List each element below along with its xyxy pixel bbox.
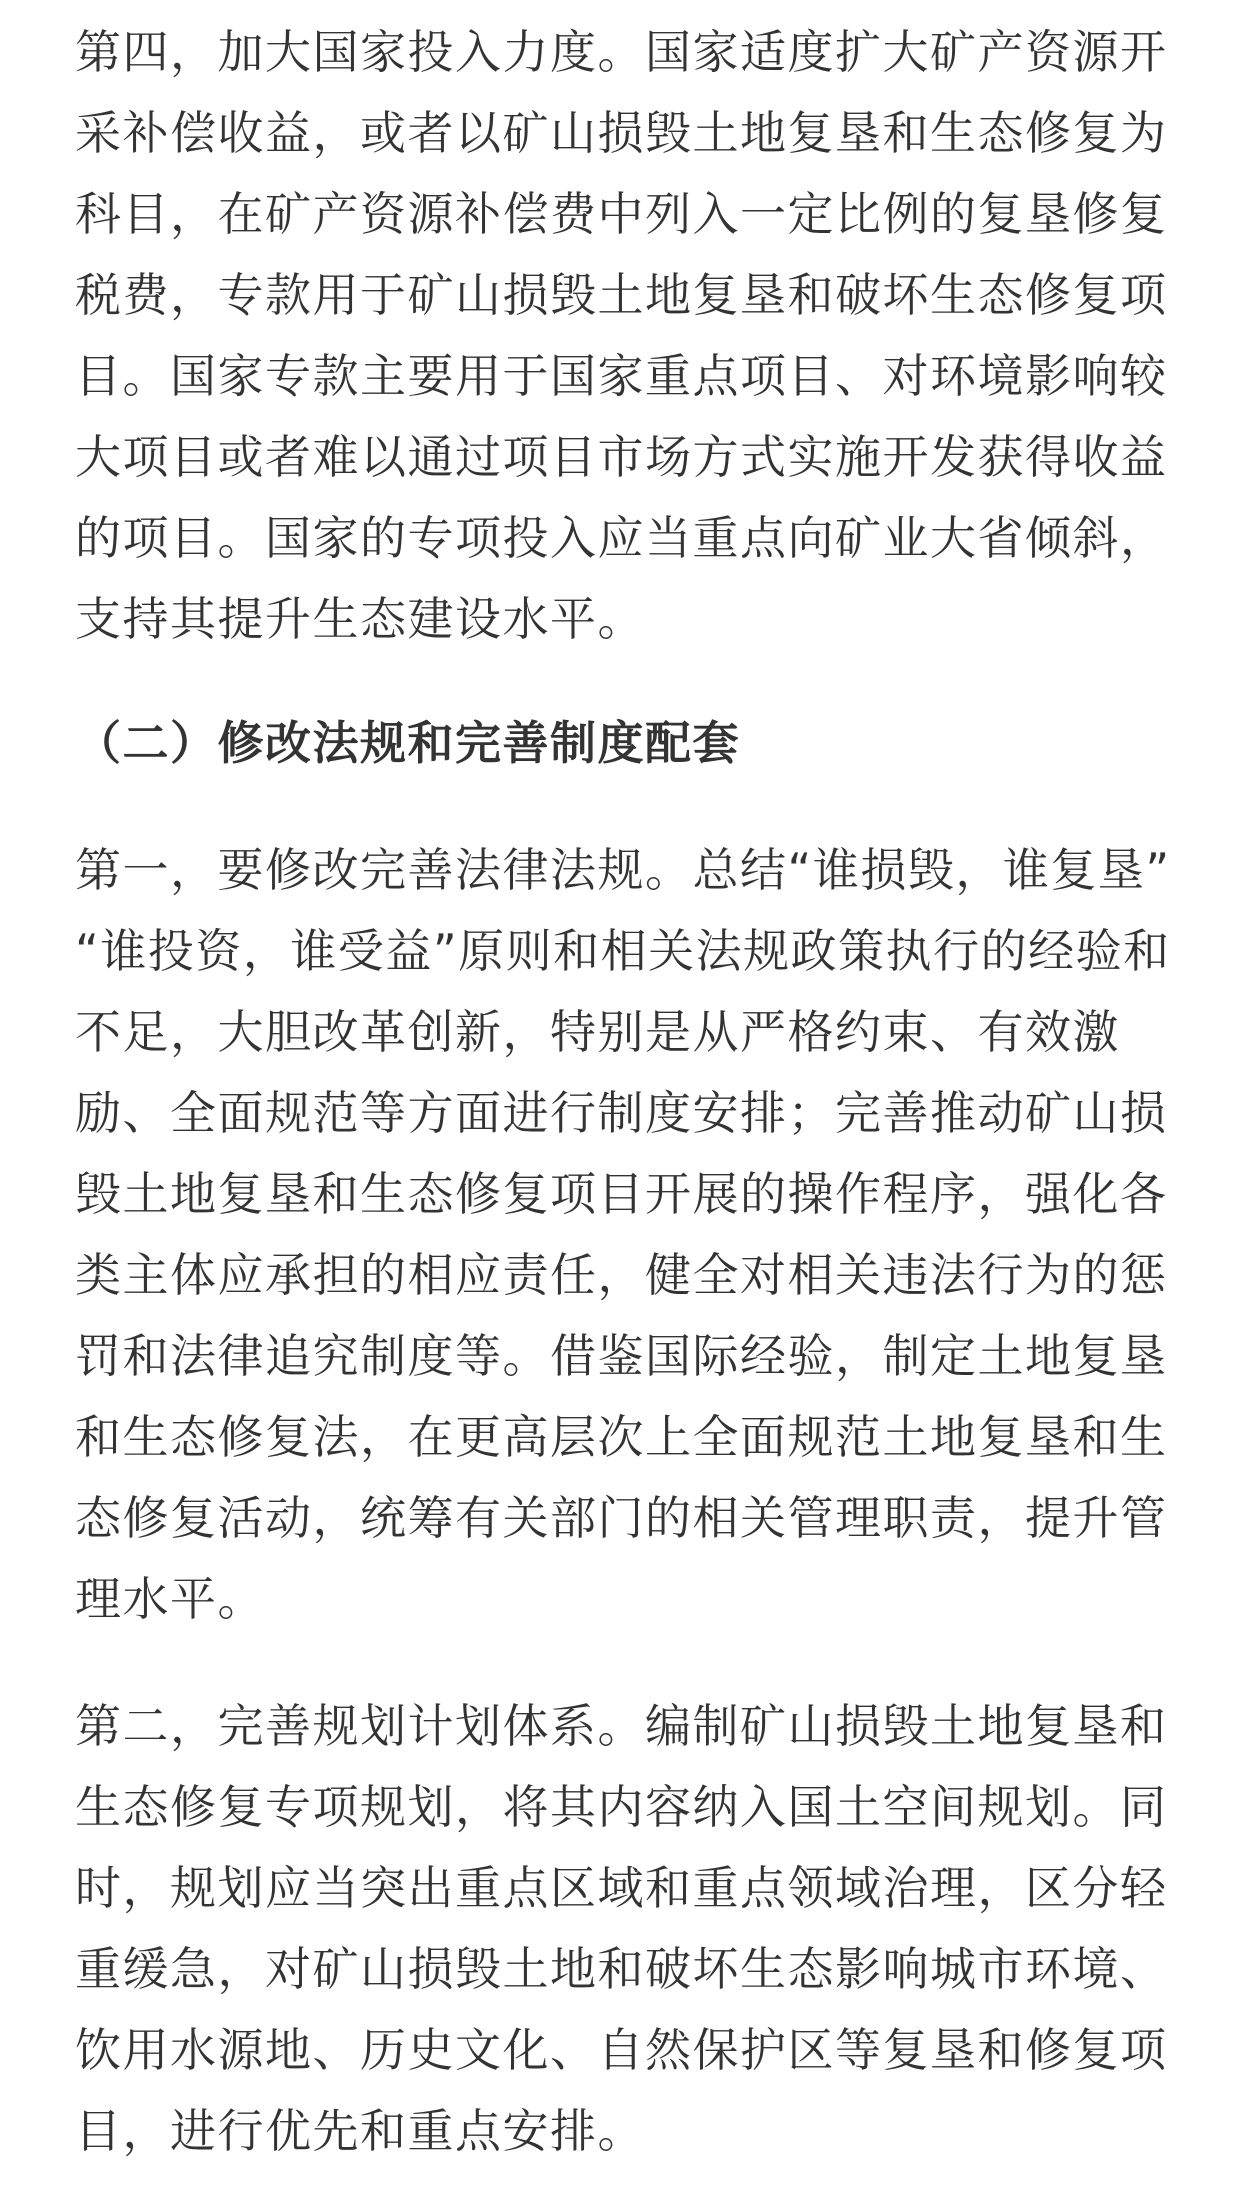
paragraph-line: 时，规划应当突出重点区域和重点领域治理，区分轻	[75, 1848, 1175, 1929]
spacer	[75, 1640, 1175, 1686]
paragraph-line: 罚和法律追究制度等。借鉴国际经验，制定土地复垦	[75, 1316, 1175, 1397]
paragraph-line: 不足，大胆改革创新，特别是从严格约束、有效激	[75, 992, 1175, 1073]
paragraph-line: 饮用水源地、历史文化、自然保护区等复垦和修复项	[75, 2010, 1175, 2091]
paragraph-increase-national-investment: 第四，加大国家投入力度。国家适度扩大矿产资源开 采补偿收益，或者以矿山损毁土地复…	[75, 12, 1175, 660]
spacer	[75, 784, 1175, 830]
paragraph-line: 态修复活动，统筹有关部门的相关管理职责，提升管	[75, 1478, 1175, 1559]
paragraph-line: 采补偿收益，或者以矿山损毁土地复垦和生态修复为	[75, 93, 1175, 174]
paragraph-line: 目，进行优先和重点安排。	[75, 2091, 1175, 2172]
paragraph-line: 励、全面规范等方面进行制度安排；完善推动矿山损	[75, 1073, 1175, 1154]
paragraph-line: 大项目或者难以通过项目市场方式实施开发获得收益	[75, 417, 1175, 498]
paragraph-line: 第四，加大国家投入力度。国家适度扩大矿产资源开	[75, 12, 1175, 93]
paragraph-line: 第一，要修改完善法律法规。总结“谁损毁，谁复垦”	[75, 830, 1175, 911]
paragraph-line: 第二，完善规划计划体系。编制矿山损毁土地复垦和	[75, 1686, 1175, 1767]
paragraph-line: 支持其提升生态建设水平。	[75, 579, 1175, 660]
paragraph-line: “谁投资，谁受益”原则和相关法规政策执行的经验和	[75, 911, 1175, 992]
section-heading: （二）修改法规和完善制度配套	[75, 703, 1175, 784]
paragraph-line: 类主体应承担的相应责任，健全对相关违法行为的惩	[75, 1235, 1175, 1316]
paragraph-line: 目。国家专款主要用于国家重点项目、对环境影响较	[75, 336, 1175, 417]
paragraph-line: 生态修复专项规划，将其内容纳入国土空间规划。同	[75, 1767, 1175, 1848]
paragraph-improve-planning: 第二，完善规划计划体系。编制矿山损毁土地复垦和 生态修复专项规划，将其内容纳入国…	[75, 1686, 1175, 2172]
paragraph-line: 和生态修复法，在更高层次上全面规范土地复垦和生	[75, 1397, 1175, 1478]
paragraph-revise-laws: 第一，要修改完善法律法规。总结“谁损毁，谁复垦” “谁投资，谁受益”原则和相关法…	[75, 830, 1175, 1640]
article-body: 第四，加大国家投入力度。国家适度扩大矿产资源开 采补偿收益，或者以矿山损毁土地复…	[75, 12, 1175, 2172]
paragraph-line: 理水平。	[75, 1559, 1175, 1640]
paragraph-line: 毁土地复垦和生态修复项目开展的操作程序，强化各	[75, 1154, 1175, 1235]
paragraph-line: 税费，专款用于矿山损毁土地复垦和破坏生态修复项	[75, 255, 1175, 336]
paragraph-line: 的项目。国家的专项投入应当重点向矿业大省倾斜，	[75, 498, 1175, 579]
paragraph-line: 科目，在矿产资源补偿费中列入一定比例的复垦修复	[75, 174, 1175, 255]
spacer	[75, 660, 1175, 703]
paragraph-line: 重缓急，对矿山损毁土地和破坏生态影响城市环境、	[75, 1929, 1175, 2010]
